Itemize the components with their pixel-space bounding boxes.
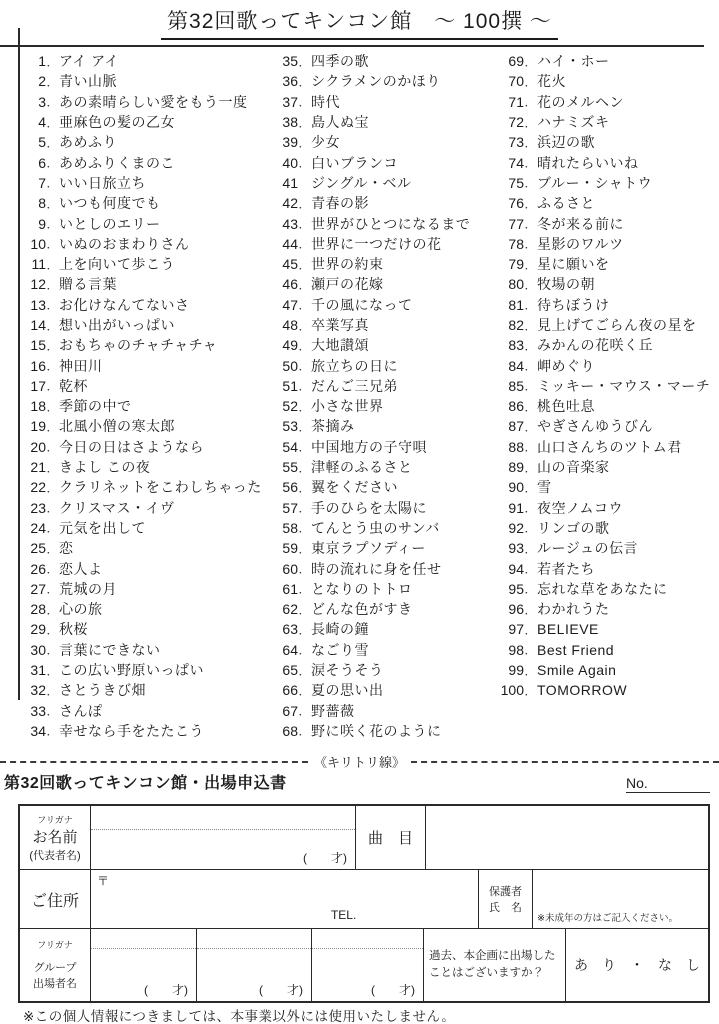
top-horizontal-rule — [0, 45, 704, 47]
song-number-separator: ． — [46, 682, 59, 699]
page-title-text: 第32回歌ってキンコン館 ～ 100撰 ～ — [161, 5, 558, 40]
song-number: 71 — [488, 94, 524, 110]
song-number: 94 — [488, 561, 524, 577]
song-number-separator: ． — [524, 337, 537, 354]
song-number: 31 — [20, 662, 46, 678]
group-member-cell-3: ( 才) — [311, 929, 423, 1001]
song-item: 63．長崎の鐘 — [272, 619, 470, 639]
song-item: 95．忘れな草をあなたに — [488, 579, 710, 599]
song-number: 69 — [488, 53, 524, 69]
song-number-separator: ． — [298, 93, 311, 110]
song-title: いとしのエリー — [59, 214, 161, 234]
representative-label: (代表者名) — [29, 847, 80, 863]
song-number: 46 — [272, 276, 298, 292]
song-title: この広い野原いっぱい — [59, 660, 204, 680]
song-number-separator: ． — [46, 53, 59, 70]
song-item: 30．言葉にできない — [20, 640, 262, 660]
song-item: 13．お化けなんてないさ — [20, 295, 262, 315]
song-title: 花火 — [537, 71, 566, 91]
name-label: お名前 — [32, 826, 77, 847]
song-number-separator: ． — [298, 540, 311, 557]
song-title: 青い山脈 — [59, 71, 117, 91]
song-item: 43．世界がひとつになるまで — [272, 213, 470, 233]
song-title: やぎさんゆうびん — [537, 416, 653, 436]
song-item: 84．岬めぐり — [488, 355, 710, 375]
song-number: 63 — [272, 621, 298, 637]
song-item: 14．想い出がいっぱい — [20, 315, 262, 335]
song-number-separator: ． — [46, 722, 59, 739]
song-title: 四季の歌 — [311, 51, 369, 71]
song-item: 8．いつも何度でも — [20, 193, 262, 213]
song-number-separator: ． — [524, 317, 537, 334]
song-item: 81．待ちぼうけ — [488, 295, 710, 315]
minor-note: ※未成年の方はご記入ください。 — [537, 910, 678, 924]
song-number: 98 — [488, 642, 524, 658]
song-number: 83 — [488, 337, 524, 353]
guardian-label-cell: 保護者 氏 名 — [478, 870, 532, 928]
song-title: 荒城の月 — [59, 579, 117, 599]
song-number: 100 — [488, 682, 524, 698]
song-number: 62 — [272, 601, 298, 617]
song-title: クリスマス・イヴ — [59, 498, 174, 518]
song-title: ジングル・ベル — [311, 173, 411, 193]
song-item: 90．雪 — [488, 477, 710, 497]
song-number-separator: ． — [524, 276, 537, 293]
song-number-separator: ． — [524, 560, 537, 577]
group-label-line1: グループ — [33, 961, 76, 976]
song-title: なごり雪 — [311, 640, 369, 660]
song-title: 島人ぬ宝 — [311, 112, 369, 132]
song-title: ふるさと — [537, 193, 595, 213]
song-title: 元気を出して — [59, 518, 146, 538]
song-number: 26 — [20, 561, 46, 577]
song-number-separator: ． — [524, 256, 537, 273]
song-number: 92 — [488, 520, 524, 536]
song-number: 93 — [488, 540, 524, 556]
song-title: 中国地方の子守唄 — [311, 437, 427, 457]
song-label-cell: 曲 目 — [355, 806, 425, 869]
song-item: 58．てんとう虫のサンバ — [272, 518, 470, 538]
song-number-separator: ． — [298, 479, 311, 496]
song-number-separator: ． — [46, 519, 59, 536]
song-title: みかんの花咲く丘 — [537, 335, 653, 355]
song-number-separator: ． — [524, 134, 537, 151]
song-title: 星影のワルツ — [537, 234, 624, 254]
song-number-separator: ． — [524, 73, 537, 90]
song-number-separator: ． — [298, 215, 311, 232]
form-row-address: ご住所 〒 TEL. 保護者 氏 名 ※未成年の方はご記入ください。 — [20, 869, 708, 928]
song-title: 雪 — [537, 477, 552, 497]
song-item: 2．青い山脈 — [20, 71, 262, 91]
song-number: 58 — [272, 520, 298, 536]
song-number: 10 — [20, 236, 46, 252]
song-number-separator: ． — [298, 296, 311, 313]
song-number: 24 — [20, 520, 46, 536]
entry-number-field: No. — [626, 775, 710, 793]
song-title: あの素晴らしい愛をもう一度 — [59, 92, 248, 112]
form-header: 第32回歌ってキンコン館・出場申込書 No. — [4, 770, 710, 793]
song-number-separator: ． — [46, 93, 59, 110]
song-number: 11 — [20, 256, 46, 272]
cut-line-dash-right — [411, 761, 719, 763]
song-item: 46．瀬戸の花嫁 — [272, 274, 470, 294]
song-item: 50．旅立ちの日に — [272, 355, 470, 375]
song-item: 15．おもちゃのチャチャチャ — [20, 335, 262, 355]
song-number-separator: ． — [298, 337, 311, 354]
song-number: 22 — [20, 479, 46, 495]
song-title: きよし この夜 — [59, 457, 150, 477]
song-number: 82 — [488, 317, 524, 333]
song-number-separator: ． — [524, 519, 537, 536]
furigana-divider — [312, 948, 423, 949]
song-number-separator: ． — [298, 195, 311, 212]
song-number: 42 — [272, 195, 298, 211]
song-number: 64 — [272, 642, 298, 658]
group-member-cell-1: ( 才) — [90, 929, 196, 1001]
song-item: 25．恋 — [20, 538, 262, 558]
song-number-separator: ． — [524, 114, 537, 131]
song-title: 大地讃頌 — [311, 335, 369, 355]
song-number: 89 — [488, 459, 524, 475]
song-number: 5 — [20, 134, 46, 150]
song-title: 岬めぐり — [537, 356, 595, 376]
guardian-label-line1: 保護者 — [489, 883, 522, 899]
song-item: 68．野に咲く花のように — [272, 721, 470, 741]
song-number: 15 — [20, 337, 46, 353]
song-number-separator: ． — [298, 519, 311, 536]
song-number: 88 — [488, 439, 524, 455]
song-item: 21．きよし この夜 — [20, 457, 262, 477]
song-title: アイ アイ — [59, 51, 119, 71]
song-title: ミッキー・マウス・マーチ — [537, 376, 710, 396]
song-item: 51．だんご三兄弟 — [272, 376, 470, 396]
song-title: となりのトトロ — [311, 579, 413, 599]
song-number-separator: ． — [46, 641, 59, 658]
song-title: 恋 — [59, 538, 74, 558]
song-item: 92．リンゴの歌 — [488, 518, 710, 538]
song-item: 93．ルージュの伝言 — [488, 538, 710, 558]
song-number-separator: ． — [46, 73, 59, 90]
song-number: 41 — [272, 175, 298, 191]
song-number-separator: ． — [524, 174, 537, 191]
address-input-cell: 〒 TEL. — [90, 870, 478, 928]
song-item: 9．いとしのエリー — [20, 213, 262, 233]
song-number: 47 — [272, 297, 298, 313]
song-number-separator: ． — [524, 540, 537, 557]
song-item: 88．山口さんちのツトム君 — [488, 437, 710, 457]
song-item: 5．あめふり — [20, 132, 262, 152]
song-item: 75．ブルー・シャトウ — [488, 173, 710, 193]
song-item: 40．白いブランコ — [272, 152, 470, 172]
song-item: 3．あの素晴らしい愛をもう一度 — [20, 92, 262, 112]
song-number: 18 — [20, 398, 46, 414]
song-item: 80．牧場の朝 — [488, 274, 710, 294]
song-title: 青春の影 — [311, 193, 369, 213]
song-number-separator: ． — [298, 722, 311, 739]
song-title: 北風小僧の寒太郎 — [59, 416, 175, 436]
song-item: 20．今日の日はさようなら — [20, 437, 262, 457]
song-number: 14 — [20, 317, 46, 333]
song-item: 67．野薔薇 — [272, 701, 470, 721]
song-number-separator: ． — [46, 479, 59, 496]
song-title: 秋桜 — [59, 619, 88, 639]
song-label: 曲 目 — [368, 827, 413, 848]
guardian-input-cell: ※未成年の方はご記入ください。 — [532, 870, 708, 928]
song-item: 64．なごり雪 — [272, 640, 470, 660]
song-title: 手のひらを太陽に — [311, 498, 427, 518]
guardian-label-line2: 氏 名 — [489, 899, 522, 915]
song-title: 翼をください — [311, 477, 398, 497]
song-number: 79 — [488, 256, 524, 272]
song-item: 76．ふるさと — [488, 193, 710, 213]
song-title: 上を向いて歩こう — [59, 254, 175, 274]
song-number-separator: ． — [46, 154, 59, 171]
song-number: 80 — [488, 276, 524, 292]
song-title: シクラメンのかほり — [311, 71, 441, 91]
song-title: Best Friend — [537, 642, 614, 658]
song-number: 37 — [272, 94, 298, 110]
song-number: 96 — [488, 601, 524, 617]
song-item: 16．神田川 — [20, 355, 262, 375]
song-number: 56 — [272, 479, 298, 495]
song-title: 時代 — [311, 92, 340, 112]
song-item: 18．季節の中で — [20, 396, 262, 416]
song-number: 13 — [20, 297, 46, 313]
song-item: 26．恋人よ — [20, 558, 262, 578]
member1-age-label: ( 才) — [144, 981, 188, 998]
tel-label: TEL. — [331, 908, 356, 922]
song-number-separator: ． — [298, 418, 311, 435]
song-title: いい日旅立ち — [59, 173, 146, 193]
song-item: 71．花のメルヘン — [488, 92, 710, 112]
song-number: 6 — [20, 155, 46, 171]
song-title: 桃色吐息 — [537, 396, 595, 416]
cut-line-label: 《キリトリ線》 — [308, 752, 411, 771]
song-number-separator: ． — [298, 53, 311, 70]
song-item: 41ジングル・ベル — [272, 173, 470, 193]
song-number: 21 — [20, 459, 46, 475]
song-title: 乾杯 — [59, 376, 88, 396]
song-number: 97 — [488, 621, 524, 637]
song-item: 32．さとうきび畑 — [20, 680, 262, 700]
song-title: 亜麻色の髪の乙女 — [59, 112, 175, 132]
address-label-cell: ご住所 — [20, 870, 90, 928]
song-title: BELIEVE — [537, 621, 599, 637]
song-number: 29 — [20, 621, 46, 637]
song-number-separator: ． — [524, 662, 537, 679]
song-number: 54 — [272, 439, 298, 455]
song-item: 31．この広い野原いっぱい — [20, 660, 262, 680]
song-number-separator: ． — [46, 621, 59, 638]
song-number: 91 — [488, 500, 524, 516]
song-number: 70 — [488, 73, 524, 89]
song-number: 73 — [488, 134, 524, 150]
song-number: 76 — [488, 195, 524, 211]
song-item: 91．夜空ノムコウ — [488, 498, 710, 518]
song-title: ハイ・ホー — [537, 51, 610, 71]
song-title: 小さな世界 — [311, 396, 384, 416]
song-number-separator: ． — [298, 459, 311, 476]
song-item: 69．ハイ・ホー — [488, 51, 710, 71]
song-item: 27．荒城の月 — [20, 579, 262, 599]
song-title: 世界がひとつになるまで — [311, 214, 470, 234]
song-number-separator: ． — [524, 235, 537, 252]
participation-question-line1: 過去、本企画に出場した — [429, 948, 565, 965]
participation-answer-cell: あ り ・ な し — [565, 929, 708, 1001]
song-number: 57 — [272, 500, 298, 516]
song-number: 9 — [20, 216, 46, 232]
song-number-separator: ． — [298, 641, 311, 658]
song-number-separator: ． — [46, 215, 59, 232]
furigana-divider — [91, 948, 196, 949]
song-item: 1．アイ アイ — [20, 51, 262, 71]
song-title: 卒業写真 — [311, 315, 369, 335]
song-number: 86 — [488, 398, 524, 414]
song-number: 75 — [488, 175, 524, 191]
song-number: 78 — [488, 236, 524, 252]
song-number-separator: ． — [298, 235, 311, 252]
song-item: 36．シクラメンのかほり — [272, 71, 470, 91]
participation-answer: あ り ・ な し — [574, 955, 700, 975]
song-number-separator: ． — [298, 662, 311, 679]
song-number: 74 — [488, 155, 524, 171]
song-number: 50 — [272, 358, 298, 374]
song-item: 28．心の旅 — [20, 599, 262, 619]
song-number-separator: ． — [298, 702, 311, 719]
song-title: 野に咲く花のように — [311, 721, 442, 741]
song-title: わかれうた — [537, 599, 610, 619]
participation-question-cell: 過去、本企画に出場した ことはございますか？ — [423, 929, 565, 1001]
song-number: 59 — [272, 540, 298, 556]
song-number: 85 — [488, 378, 524, 394]
song-number: 67 — [272, 703, 298, 719]
page: 第32回歌ってキンコン館 ～ 100撰 ～ 1．アイ アイ2．青い山脈3．あの素… — [0, 0, 719, 1024]
song-title: いぬのおまわりさん — [59, 234, 190, 254]
song-title: 野薔薇 — [311, 701, 355, 721]
song-number: 53 — [272, 418, 298, 434]
song-number-separator: ． — [46, 357, 59, 374]
song-number-separator: ． — [298, 438, 311, 455]
song-item: 85．ミッキー・マウス・マーチ — [488, 376, 710, 396]
song-number-separator: ． — [46, 114, 59, 131]
song-item: 22．クラリネットをこわしちゃった — [20, 477, 262, 497]
song-title: 季節の中で — [59, 396, 132, 416]
song-item: 47．千の風になって — [272, 295, 470, 315]
song-title: 冬が来る前に — [537, 214, 624, 234]
song-title: 恋人よ — [59, 559, 103, 579]
song-item: 4．亜麻色の髪の乙女 — [20, 112, 262, 132]
song-number: 27 — [20, 581, 46, 597]
song-number: 61 — [272, 581, 298, 597]
song-item: 29．秋桜 — [20, 619, 262, 639]
song-number-separator: ． — [46, 235, 59, 252]
song-item: 97．BELIEVE — [488, 619, 710, 639]
song-number-separator: ． — [298, 499, 311, 516]
entry-number-label: No. — [626, 775, 648, 791]
song-number-separator: ． — [46, 317, 59, 334]
song-title: 少女 — [311, 132, 340, 152]
song-number: 72 — [488, 114, 524, 130]
song-item: 19．北風小僧の寒太郎 — [20, 416, 262, 436]
song-title: 白いブランコ — [311, 153, 398, 173]
song-item: 74．晴れたらいいね — [488, 152, 710, 172]
song-number-separator: ． — [298, 580, 311, 597]
song-number: 39 — [272, 134, 298, 150]
song-number-separator: ． — [524, 93, 537, 110]
song-number-separator: ． — [46, 134, 59, 151]
song-title: 茶摘み — [311, 416, 355, 436]
song-item: 100．TOMORROW — [488, 680, 710, 700]
song-title: だんご三兄弟 — [311, 376, 398, 396]
song-title: 涙そうそう — [311, 660, 384, 680]
member3-age-label: ( 才) — [371, 981, 415, 998]
song-item: 11．上を向いて歩こう — [20, 254, 262, 274]
song-title: ブルー・シャトウ — [537, 173, 652, 193]
song-item: 79．星に願いを — [488, 254, 710, 274]
song-number: 16 — [20, 358, 46, 374]
song-title: TOMORROW — [537, 682, 627, 698]
song-number: 84 — [488, 358, 524, 374]
song-item: 89．山の音楽家 — [488, 457, 710, 477]
song-number: 55 — [272, 459, 298, 475]
song-number-separator: ． — [298, 154, 311, 171]
song-number-separator: ． — [298, 114, 311, 131]
song-title: 花のメルヘン — [537, 92, 624, 112]
song-number-separator: ． — [524, 398, 537, 415]
song-number-separator: ． — [46, 499, 59, 516]
song-number: 44 — [272, 236, 298, 252]
song-item: 87．やぎさんゆうびん — [488, 416, 710, 436]
song-number-separator: ． — [298, 601, 311, 618]
song-title: てんとう虫のサンバ — [311, 518, 440, 538]
song-item: 53．茶摘み — [272, 416, 470, 436]
song-number: 52 — [272, 398, 298, 414]
song-number-separator: ． — [46, 560, 59, 577]
song-number: 40 — [272, 155, 298, 171]
song-title: 想い出がいっぱい — [59, 315, 175, 335]
song-number-separator: ． — [298, 398, 311, 415]
song-title: さんぽ — [59, 701, 103, 721]
song-item: 78．星影のワルツ — [488, 234, 710, 254]
song-number: 77 — [488, 216, 524, 232]
cut-line: 《キリトリ線》 — [0, 752, 719, 771]
song-number: 34 — [20, 723, 46, 739]
member2-age-label: ( 才) — [259, 981, 303, 998]
song-number-separator: ． — [46, 540, 59, 557]
song-column-3: 69．ハイ・ホー70．花火71．花のメルヘン72．ハナミズキ73．浜辺の歌74．… — [488, 51, 710, 701]
song-number-separator: ． — [298, 256, 311, 273]
song-number-separator: ． — [524, 296, 537, 313]
song-number: 48 — [272, 317, 298, 333]
song-item: 59．東京ラプソディー — [272, 538, 470, 558]
group-member-cell-2: ( 才) — [196, 929, 311, 1001]
song-number-separator: ． — [524, 357, 537, 374]
song-title: どんな色がすき — [311, 599, 413, 619]
song-item: 6．あめふりくまのこ — [20, 152, 262, 172]
song-item: 23．クリスマス・イヴ — [20, 498, 262, 518]
song-number: 2 — [20, 73, 46, 89]
name-age-label: ( 才) — [303, 849, 347, 866]
song-number: 68 — [272, 723, 298, 739]
song-number-separator: ． — [524, 53, 537, 70]
song-number-separator: ． — [524, 621, 537, 638]
song-item: 57．手のひらを太陽に — [272, 498, 470, 518]
song-item: 52．小さな世界 — [272, 396, 470, 416]
song-number-separator: ． — [46, 702, 59, 719]
song-item: 44．世界に一つだけの花 — [272, 234, 470, 254]
song-number: 43 — [272, 216, 298, 232]
song-number: 99 — [488, 662, 524, 678]
